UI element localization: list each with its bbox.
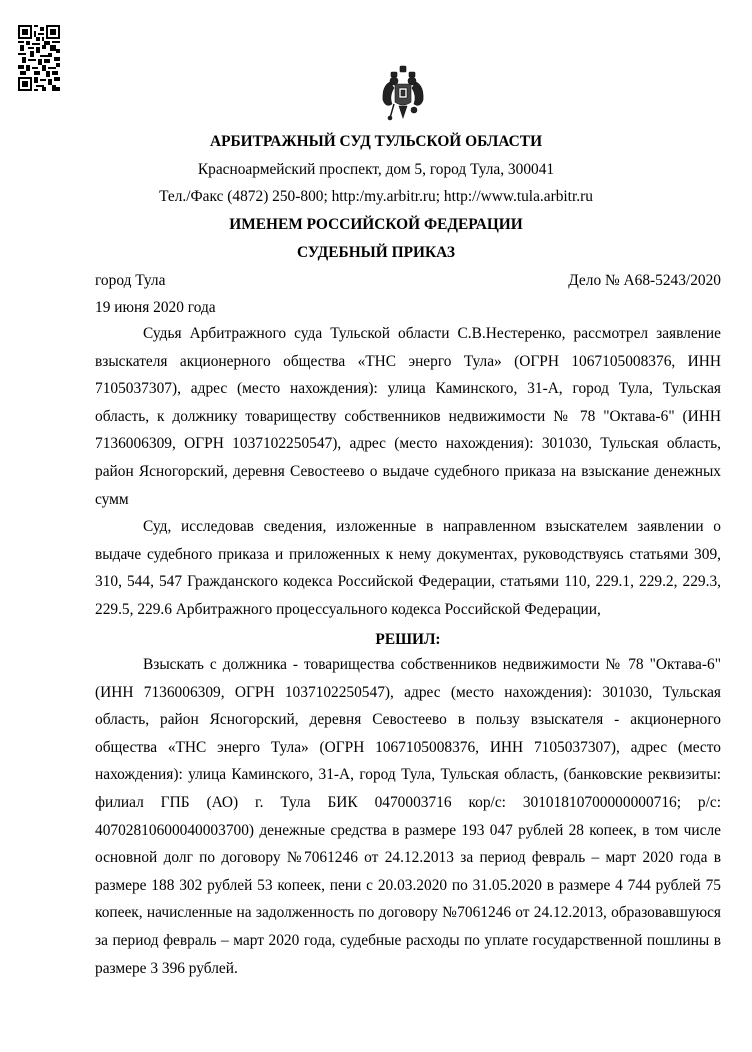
- in-the-name-heading: ИМЕНЕМ РОССИЙСКОЙ ФЕДЕРАЦИИ: [0, 215, 752, 235]
- city: город Тула: [95, 272, 165, 289]
- paragraph-grounds: Суд, исследовав сведения, изложенные в н…: [95, 513, 721, 623]
- decision-heading: РЕШИЛ:: [95, 630, 721, 650]
- qr-code-icon: [18, 25, 60, 91]
- meta-row: город Тула Дело № А68-5243/2020: [95, 271, 721, 291]
- coat-of-arms-icon: [380, 64, 426, 122]
- paragraph-decision: Взыскать с должника - товарищества собст…: [95, 651, 721, 982]
- case-number: Дело № А68-5243/2020: [568, 271, 721, 291]
- court-name: АРБИТРАЖНЫЙ СУД ТУЛЬСКОЙ ОБЛАСТИ: [0, 132, 752, 152]
- document-type-heading: СУДЕБНЫЙ ПРИКАЗ: [0, 243, 752, 263]
- court-address: Красноармейский проспект, дом 5, город Т…: [0, 160, 752, 180]
- paragraph-application: Судья Арбитражного суда Тульской области…: [95, 320, 721, 513]
- court-contacts: Тел./Факс (4872) 250-800; http:/my.arbit…: [0, 187, 752, 207]
- document-date: 19 июня 2020 года: [95, 298, 721, 318]
